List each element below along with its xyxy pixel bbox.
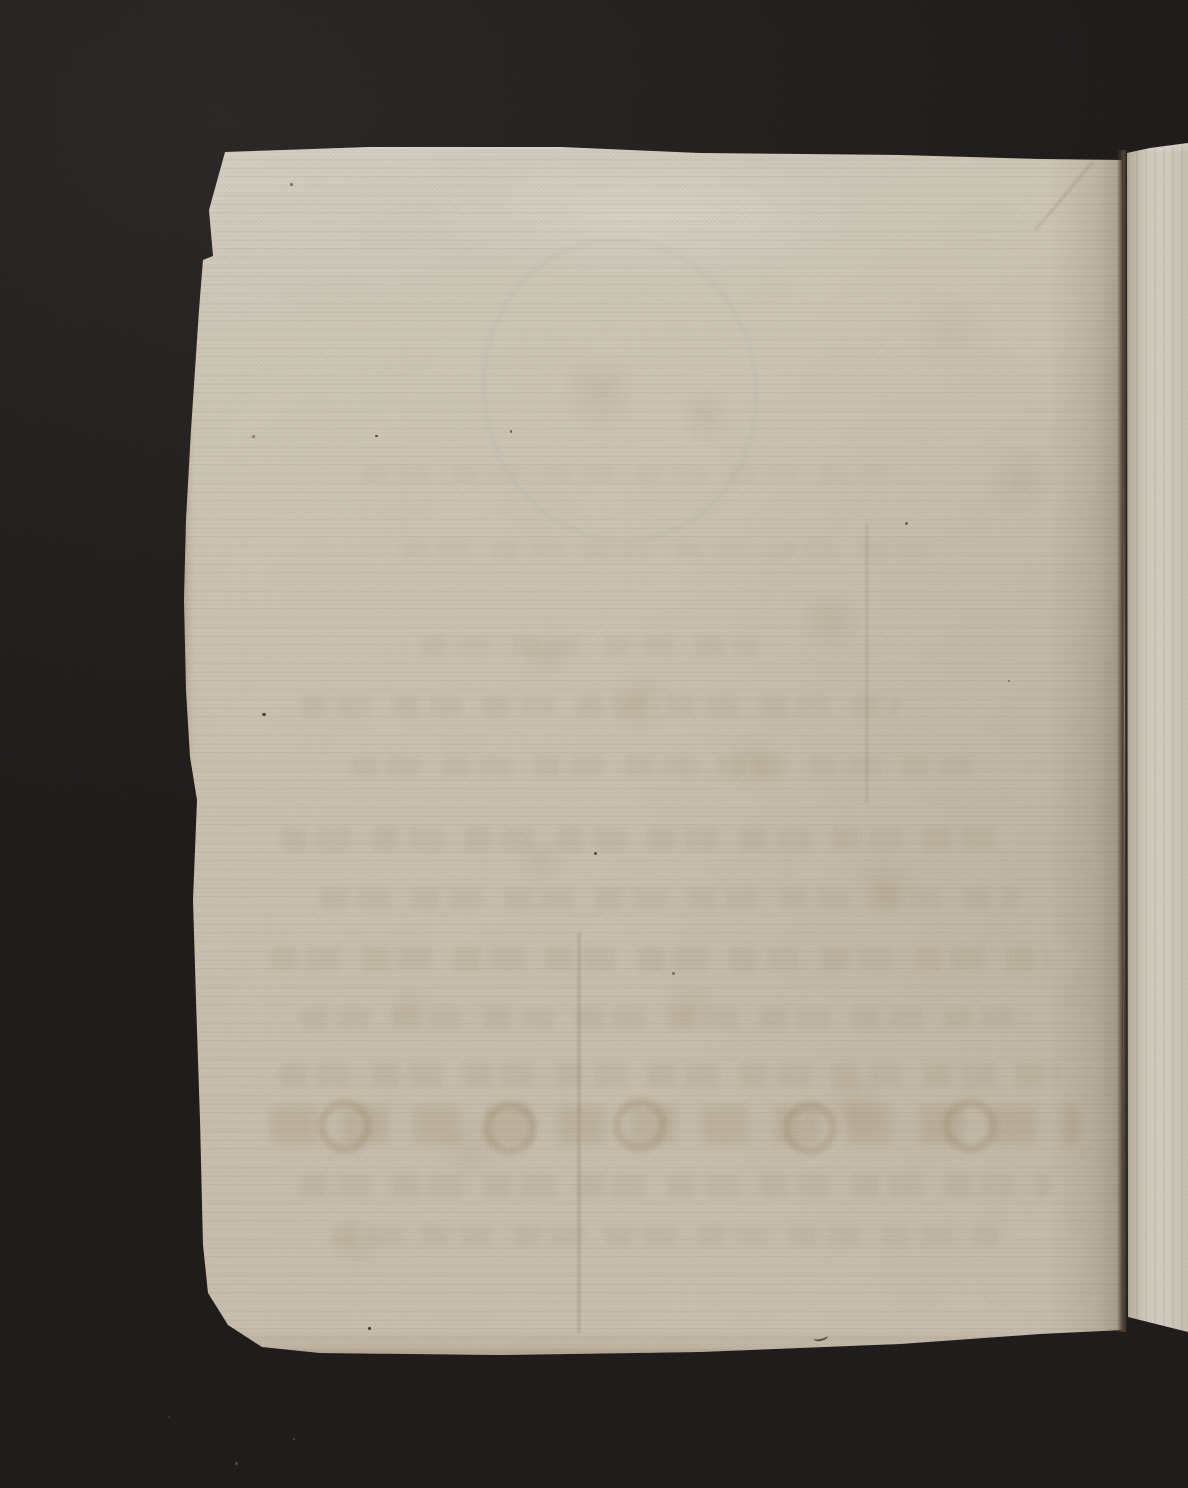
- ghost-glyph-ring: [783, 1101, 837, 1155]
- ghost-text-band: [300, 1007, 1030, 1029]
- paper-crease: [866, 523, 868, 803]
- ghost-glyph-ring: [318, 1099, 372, 1153]
- ghost-text-band: [300, 1173, 1050, 1197]
- ghost-text-band: [320, 887, 1020, 909]
- ghost-glyph-ring: [943, 1099, 997, 1153]
- ink-speck: [1008, 680, 1010, 682]
- ghost-text-band: [420, 635, 760, 655]
- ghost-text-band: [300, 695, 900, 717]
- adjacent-page-top-edge-highlight: [1127, 140, 1188, 154]
- ink-speck: [262, 713, 266, 716]
- ink-speck: [375, 435, 378, 437]
- ghost-text-band: [280, 1063, 1060, 1087]
- adjacent-page-edge: [1127, 140, 1188, 1335]
- page-gutter-seam: [1117, 150, 1127, 1332]
- ghost-text-band: [330, 1225, 1000, 1247]
- ink-speck: [252, 435, 255, 438]
- dust-speck: [168, 1416, 170, 1418]
- paper-crease: [578, 933, 580, 1333]
- dust-speck: [235, 1462, 238, 1465]
- ink-speck: [290, 183, 293, 186]
- ink-speck: [510, 430, 512, 433]
- ghost-text-band: [350, 755, 980, 777]
- ghost-text-band: [270, 947, 1050, 971]
- ink-speck: [672, 972, 675, 975]
- page-bottom-edge: [183, 1327, 1128, 1357]
- page-top-edge-highlight: [183, 143, 1128, 152]
- ghost-glyph-ring: [483, 1101, 537, 1155]
- ghost-text-band: [280, 827, 1000, 851]
- page-left-edge-shade: [183, 143, 195, 1357]
- ghost-glyph-ring: [613, 1098, 667, 1152]
- book-scan: [0, 0, 1188, 1488]
- ink-speck: [905, 522, 908, 525]
- faint-pencil-circle: [463, 220, 777, 559]
- book-page-blank-verso: [183, 143, 1128, 1357]
- ink-speck: [594, 852, 597, 855]
- dust-speck: [293, 1438, 295, 1440]
- gutter-curvature-shadow: [1048, 143, 1128, 1357]
